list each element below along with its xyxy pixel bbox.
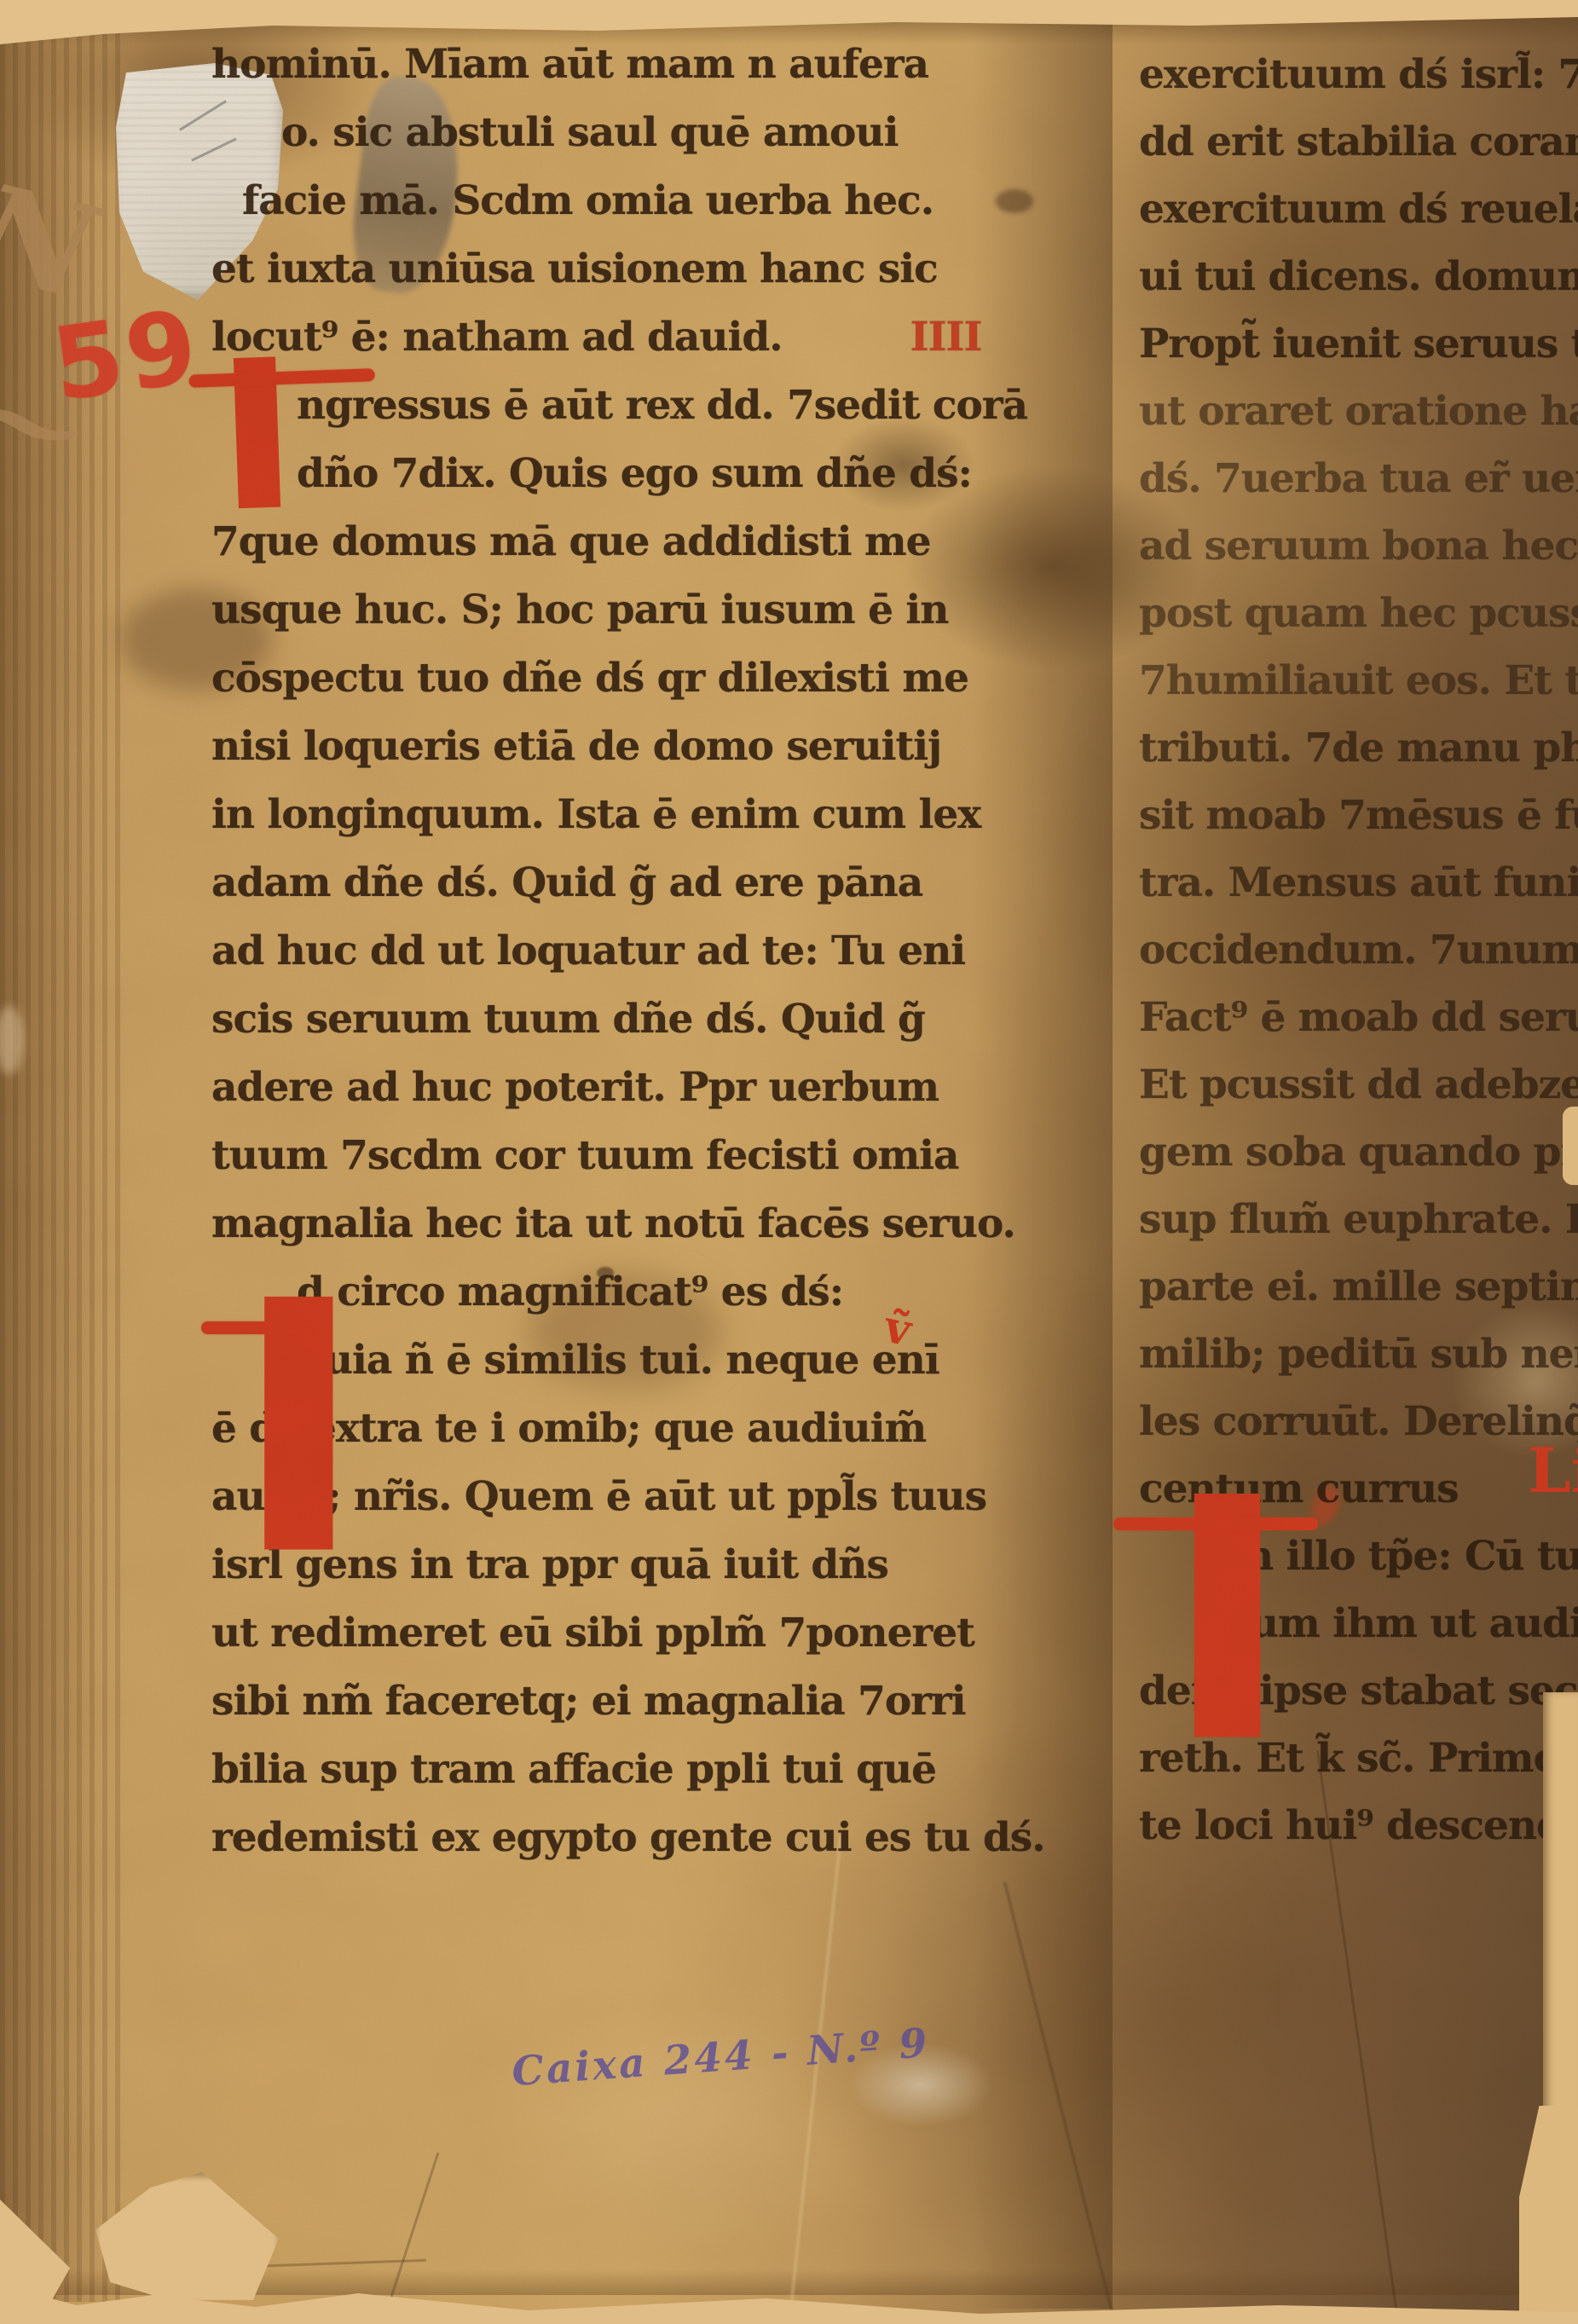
manuscript-line: post quam hec pcussit bbox=[1139, 580, 1578, 647]
line-text: 7que domus mā que addidisti me bbox=[211, 518, 931, 565]
line-text: nisi loqueris etiā de domo seruitij bbox=[211, 723, 941, 770]
line-text: milib; peditū sub neru bbox=[1139, 1331, 1578, 1378]
line-text: exercituum dś isrl̃: 7d bbox=[1139, 51, 1578, 98]
manuscript-line: scis seruum tuum dñe dś. Quid g̃ bbox=[211, 986, 1017, 1054]
mat-strip-right-corner bbox=[1519, 2106, 1578, 2324]
line-text: tuum 7scdm cor tuum fecisti omia bbox=[211, 1132, 959, 1179]
manuscript-line: o. sic abstuli saul quē amoui bbox=[211, 99, 1017, 167]
line-text: facie mā. Scdm omia uerba hec. bbox=[242, 177, 934, 224]
manuscript-line: tributi. 7de manu phil bbox=[1139, 714, 1578, 782]
manuscript-line: 7humiliauit eos. Et t bbox=[1139, 647, 1578, 714]
line-text: adam dñe dś. Quid g̃ ad ere pāna bbox=[211, 859, 922, 906]
red-initial-idcirco: I bbox=[235, 1260, 362, 1601]
manuscript-line: et iuxta uniūsa uisionem hanc sic bbox=[211, 235, 1017, 304]
manuscript-line: in longinquum. Ista ē enim cum lex bbox=[211, 781, 1017, 849]
line-text: adere ad huc poterit. Ppr uerbum bbox=[211, 1064, 939, 1111]
manuscript-line: adam dñe dś. Quid g̃ ad ere pāna bbox=[211, 849, 1017, 917]
line-text: tributi. 7de manu phil bbox=[1139, 725, 1578, 772]
line-text: usque huc. S; hoc parū iusum ē in bbox=[211, 587, 948, 633]
red-initial-inillo: I bbox=[1166, 1458, 1288, 1786]
manuscript-line: Fact⁹ ē moab dd seruie bbox=[1139, 984, 1578, 1051]
line-text: 7humiliauit eos. Et t bbox=[1139, 657, 1578, 704]
line-text: Fact⁹ ē moab dd seruie bbox=[1139, 994, 1578, 1041]
line-text: locut⁹ ē: natham ad dauid. bbox=[211, 314, 783, 361]
manuscript-line: ut oraret oratione han bbox=[1139, 378, 1578, 445]
line-text: occidendum. 7unum a bbox=[1139, 927, 1578, 974]
line-text: quia ñ ē similis tui. neque enī bbox=[297, 1337, 939, 1384]
folio-number: 59 bbox=[45, 287, 207, 425]
manuscript-line: nisi loqueris etiā de domo seruitij bbox=[211, 713, 1017, 781]
line-text: sibi nm̃ faceretq; ei magnalia 7orri bbox=[211, 1678, 966, 1725]
line-text: in longinquum. Ista ē enim cum lex bbox=[211, 791, 980, 838]
mat-notch-right-edge bbox=[1563, 1107, 1578, 1185]
manuscript-line: sit moab 7mēsus ē funi bbox=[1139, 782, 1578, 849]
manuscript-line: parte ei. mille septinge bbox=[1139, 1253, 1578, 1321]
manuscript-line: ad huc dd ut loquatur ad te: Tu eni bbox=[211, 917, 1017, 986]
manuscript-line: bilia sup tram affacie ppli tui quē bbox=[211, 1736, 1017, 1804]
manuscript-line: tra. Mensus aūt funic bbox=[1139, 849, 1578, 916]
manuscript-line: facie mā. Scdm omia uerba hec. bbox=[211, 167, 1017, 235]
line-text: post quam hec pcussit bbox=[1139, 590, 1578, 637]
manuscript-line: hominū. Mīam aūt mam n aufera bbox=[211, 31, 1017, 99]
line-text: dś. 7uerba tua er̃ uera bbox=[1139, 455, 1578, 502]
manuscript-line: dño 7dix. Quis ego sum dñe dś: bbox=[211, 440, 1017, 508]
line-text: tra. Mensus aūt funic bbox=[1139, 859, 1578, 906]
line-text: gem soba quando pfec bbox=[1139, 1129, 1578, 1176]
red-initial-ingressus: I bbox=[217, 336, 298, 539]
line-text: dd erit stabilia coram d bbox=[1139, 119, 1578, 165]
line-text: dño 7dix. Quis ego sum dñe dś: bbox=[297, 450, 972, 497]
line-text: et iuxta uniūsa uisionem hanc sic bbox=[211, 246, 938, 292]
manuscript-line: adere ad huc poterit. Ppr uerbum bbox=[211, 1054, 1017, 1122]
manuscript-line: Et pcussit dd adebzer f bbox=[1139, 1051, 1578, 1119]
chapter-numeral: IIII bbox=[910, 314, 982, 361]
crease-line bbox=[382, 2153, 440, 2324]
archival-note: Caixa 244 - N.º 9 bbox=[511, 2020, 931, 2096]
manuscript-line: Propt̃ iuenit seruus t bbox=[1139, 310, 1578, 378]
line-text: parte ei. mille septinge bbox=[1139, 1263, 1578, 1310]
line-text: exercituum dś reuelat bbox=[1139, 186, 1578, 233]
manuscript-line: sibi nm̃ faceretq; ei magnalia 7orri bbox=[211, 1668, 1017, 1736]
line-text: cōspectu tuo dñe dś qr dilexisti me bbox=[211, 655, 968, 702]
line-text: ad huc dd ut loquatur ad te: Tu eni bbox=[211, 928, 965, 974]
manuscript-line: gem soba quando pfec bbox=[1139, 1119, 1578, 1186]
line-text: ad seruum bona hec. F bbox=[1139, 523, 1578, 569]
manuscript-line: dd erit stabilia coram d bbox=[1139, 108, 1578, 176]
manuscript-line: occidendum. 7unum a bbox=[1139, 916, 1578, 984]
line-text: hominū. Mīam aūt mam n aufera bbox=[211, 41, 928, 88]
line-text: ui tui dicens. domum e bbox=[1139, 253, 1578, 300]
manuscript-photo-stage: N ~ 59 hominū. Mīam aūt mam n auferao. s… bbox=[0, 0, 1578, 2324]
line-text: n illo tp̃e: Cū turba bbox=[1245, 1533, 1578, 1580]
line-text: sup flum̃ euphrate. Et c bbox=[1139, 1196, 1578, 1243]
manuscript-line: exercituum dś isrl̃: 7d bbox=[1139, 41, 1578, 108]
line-text: Et pcussit dd adebzer f bbox=[1139, 1061, 1578, 1108]
red-rubric-fragment: Li bbox=[1528, 1434, 1578, 1506]
line-text: sit moab 7mēsus ē funi bbox=[1139, 792, 1578, 839]
manuscript-line: redemisti ex egypto gente cui es tu dś. bbox=[211, 1804, 1017, 1872]
manuscript-line: usque huc. S; hoc parū iusum ē in bbox=[211, 576, 1017, 645]
line-text: o. sic abstuli saul quē amoui bbox=[281, 109, 898, 156]
manuscript-line: exercituum dś reuelat bbox=[1139, 176, 1578, 243]
manuscript-line: cōspectu tuo dñe dś qr dilexisti me bbox=[211, 645, 1017, 713]
line-text: Propt̃ iuenit seruus t bbox=[1139, 321, 1578, 367]
parchment-leaf: N ~ 59 hominū. Mīam aūt mam n auferao. s… bbox=[0, 0, 1578, 2324]
line-text: scis seruum tuum dñe dś. Quid g̃ bbox=[211, 996, 925, 1043]
manuscript-line: sup flum̃ euphrate. Et c bbox=[1139, 1186, 1578, 1253]
line-text: ngressus ē aūt rex dd. 7sedit corā bbox=[297, 382, 1027, 429]
line-text: d circo magnificat⁹ es dś: bbox=[297, 1269, 843, 1315]
manuscript-line: dś. 7uerba tua er̃ uera bbox=[1139, 445, 1578, 512]
manuscript-line: tuum 7scdm cor tuum fecisti omia bbox=[211, 1122, 1017, 1190]
line-text: bilia sup tram affacie ppli tui quē bbox=[211, 1746, 936, 1793]
line-text: redemisti ex egypto gente cui es tu dś. bbox=[211, 1814, 1045, 1861]
manuscript-line: 7que domus mā que addidisti me bbox=[211, 508, 1017, 576]
manuscript-line: locut⁹ ē: natham ad dauid.IIII bbox=[211, 304, 1017, 372]
manuscript-line: ui tui dicens. domum e bbox=[1139, 243, 1578, 310]
line-text: ut oraret oratione han bbox=[1139, 388, 1578, 435]
manuscript-line: ad seruum bona hec. F bbox=[1139, 512, 1578, 580]
manuscript-line: milib; peditū sub neru bbox=[1139, 1321, 1578, 1388]
